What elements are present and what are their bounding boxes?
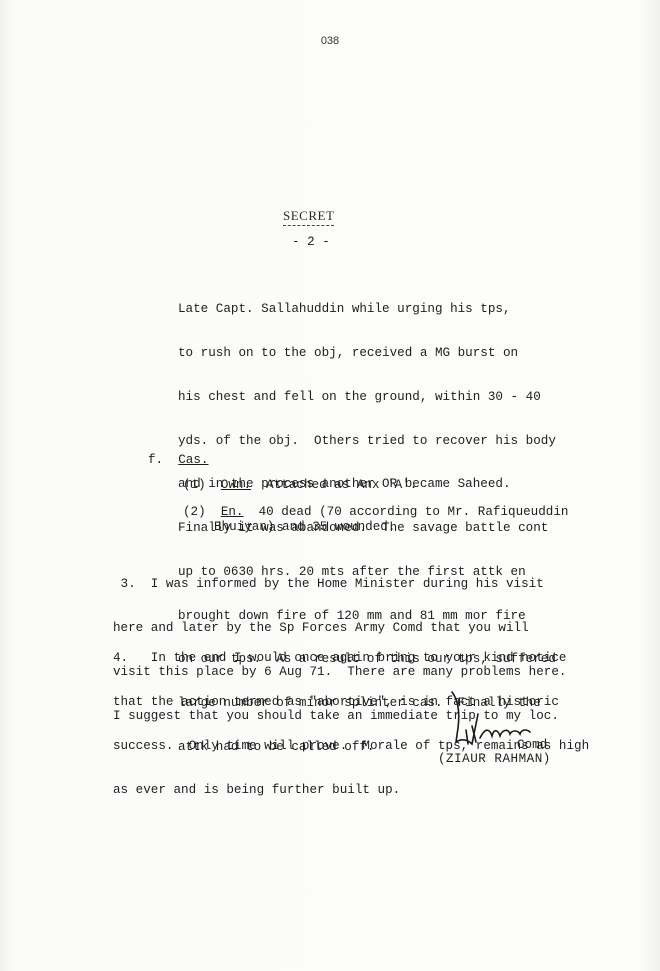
item-number: (2): [183, 505, 206, 519]
text-line: his chest and fell on the ground, within…: [178, 390, 556, 405]
section-title: Cas.: [178, 453, 208, 467]
text-line: to rush on to the obj, received a MG bur…: [178, 346, 556, 361]
item-label: Own.: [221, 478, 251, 492]
text-line: 3. I was informed by the Home Minister d…: [113, 577, 566, 592]
casualty-item-enemy: (2) En. 40 dead (70 according to Mr. Raf…: [183, 505, 568, 534]
page-number: 038: [0, 35, 660, 47]
text-line: as ever and is being further built up.: [113, 783, 589, 798]
item-text: 40 dead (70 according to Mr. Rafiqueuddi…: [244, 505, 569, 519]
signatory-name: (ZIAUR RAHMAN): [438, 752, 551, 766]
document-page: 038 SECRET - 2 - Late Capt. Sallahuddin …: [0, 0, 660, 971]
item-label: En.: [221, 505, 244, 519]
text-line: yds. of the obj. Others tried to recover…: [178, 434, 556, 449]
item-text: Attached as Anx 'A'.: [251, 478, 417, 492]
item-text-continued: Bhuiyan) and 35 wounded.: [183, 520, 568, 535]
casualty-item-own: (1) Own. Attached as Anx 'A'.: [183, 478, 417, 493]
classification-marking: SECRET: [283, 208, 334, 226]
signatory-appointment: Comd: [517, 738, 547, 752]
sheet-number: - 2 -: [292, 235, 330, 250]
text-line: 4. In the end I would once again bring t…: [113, 651, 589, 666]
item-number: (1): [183, 478, 206, 492]
text-line: Late Capt. Sallahuddin while urging his …: [178, 302, 556, 317]
section-f-heading: f. Cas.: [148, 453, 208, 468]
section-marker: f.: [148, 453, 163, 467]
